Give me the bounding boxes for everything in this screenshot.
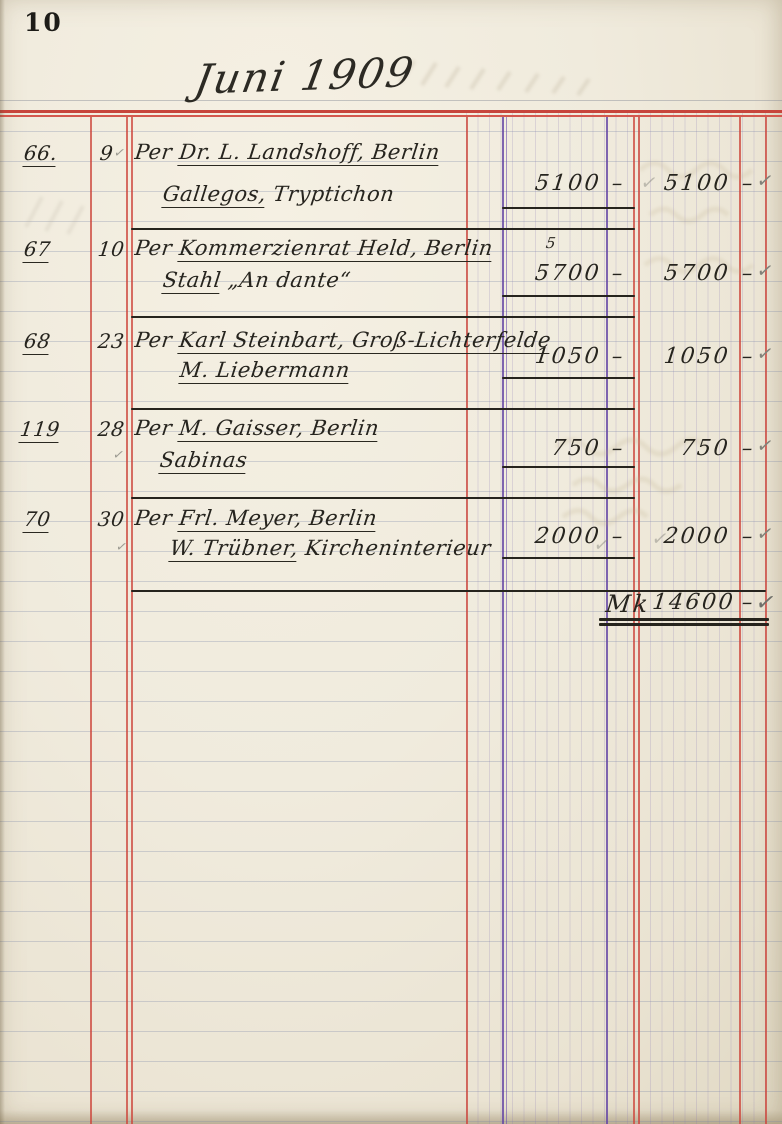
entry-work: M. Liebermann <box>178 358 351 384</box>
entry-description-line1: Per Frl. Meyer, Berlin <box>134 506 379 530</box>
entry-day: 28 <box>97 417 126 441</box>
entry-work-rest: „An dante“ <box>227 268 352 292</box>
total-currency-label: Mk <box>604 590 652 618</box>
entry-description-line2: M. Liebermann <box>179 358 352 382</box>
entry-prefix: Per <box>134 328 174 352</box>
entry-description-line1: Per Karl Steinbart, Groß-Lichterfelde <box>134 328 553 352</box>
amount-column2: 750 <box>640 436 731 461</box>
entry-description-line1: Per M. Gaisser, Berlin <box>134 416 381 440</box>
column-rule-entry-no <box>90 117 92 1124</box>
entry-name: M. Gaisser, Berlin <box>178 416 381 442</box>
month-title: Juni 1909 <box>191 48 419 104</box>
column-rule-date-a <box>126 117 128 1124</box>
entry-name: Karl Steinbart, Groß-Lichterfelde <box>178 328 553 354</box>
total-amount: 14600 <box>648 590 736 615</box>
amount-underline <box>502 377 635 379</box>
amount-column1: 1050 <box>503 344 602 369</box>
entry-day: 10 <box>97 237 126 261</box>
bleed-through-mark <box>18 185 88 240</box>
amount-underline <box>502 295 635 297</box>
entry-prefix: Per <box>134 236 174 260</box>
entry-work-rest: Kircheninterieur <box>304 536 492 560</box>
column-rule-amount1-left <box>502 117 504 1124</box>
total-underline-2 <box>599 623 769 626</box>
amount-underline <box>502 207 635 209</box>
entry-day: 30 <box>97 507 126 531</box>
amount-underline <box>502 466 635 468</box>
entry-name: Frl. Meyer, Berlin <box>178 506 379 532</box>
entry-work: Gallegos, <box>161 182 267 208</box>
entry-number: 67 <box>22 237 52 263</box>
header-hairline <box>0 100 782 101</box>
entry-separator-line <box>131 316 635 318</box>
header-red-rule-bottom <box>0 115 782 117</box>
entry-number: 119 <box>18 417 61 443</box>
entry-number: 68 <box>22 329 52 355</box>
amount-column1: 5100 <box>503 171 602 196</box>
entry-work: Sabinas <box>158 448 249 474</box>
entry-description-line2: W. Trübner, Kircheninterieur <box>169 536 493 560</box>
amount-underline <box>502 557 635 559</box>
ledger-page: 10 Juni 1909 66. 9 ✓ Per Dr. L. Landshof… <box>0 0 782 1124</box>
entry-prefix: Per <box>134 140 174 164</box>
entry-prefix: Per <box>134 416 174 440</box>
header-red-rule-top <box>0 110 782 113</box>
entry-work: W. Trübner, <box>168 536 299 562</box>
amount-column2: 1050 <box>640 344 731 369</box>
entry-work-rest: Tryptichon <box>272 182 396 206</box>
entry-description-line2: Gallegos, Tryptichon <box>162 182 396 206</box>
amount-column2: 5700 <box>640 261 731 286</box>
entry-separator-line <box>131 228 635 230</box>
amount-column2: 5100 <box>640 171 731 196</box>
entry-name: Dr. L. Landshoff, Berlin <box>178 140 442 166</box>
amount-column1: 750 <box>503 436 602 461</box>
entry-prefix: Per <box>134 506 174 530</box>
entry-name: Kommerzienrat Held, Berlin <box>178 236 495 262</box>
total-underline-1 <box>599 618 769 621</box>
entry-separator-line <box>131 497 635 499</box>
amount-column1: 5700 <box>503 261 602 286</box>
column-rule-description-end <box>466 117 468 1124</box>
entry-number: 66. <box>22 141 59 167</box>
entry-separator-line <box>131 408 635 410</box>
entry-number: 70 <box>22 507 52 533</box>
entry-description-line1: Per Kommerzienrat Held, Berlin <box>134 236 495 260</box>
entry-description-line1: Per Dr. L. Landshoff, Berlin <box>134 140 442 164</box>
entry-description-line2: Sabinas <box>159 448 249 472</box>
amount-column1: 2000 <box>503 524 602 549</box>
amount-column2: 2000 <box>640 524 731 549</box>
entry-description-line2: Stahl „An dante“ <box>162 268 353 292</box>
page-number: 10 <box>24 8 63 37</box>
bleed-through-mark <box>395 45 610 97</box>
entry-day: 23 <box>97 329 126 353</box>
entry-work: Stahl <box>161 268 222 294</box>
column-rule-date-b <box>131 117 133 1124</box>
